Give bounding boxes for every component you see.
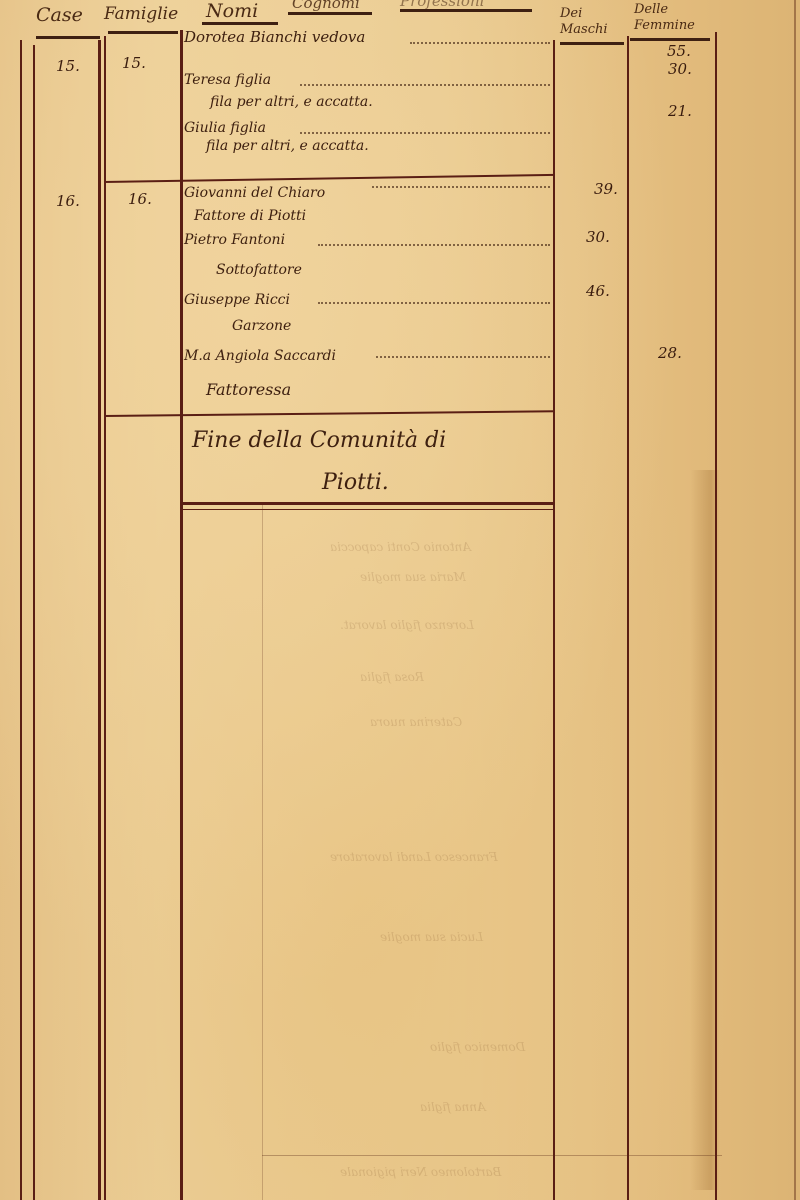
bleed-through-text: Rosa figlia (360, 670, 424, 684)
casa-number: 15. (56, 57, 80, 75)
femmine-age: 28. (658, 344, 682, 362)
maschi-age: 30. (586, 228, 610, 246)
member-name: Giuseppe Ricci (184, 292, 290, 308)
header-famiglie: Famiglie (104, 4, 178, 24)
bleed-through-text: Lucia sua moglie (380, 930, 483, 944)
member-occupation: fila per altri, e accatta. (210, 94, 373, 110)
closing-note-line2: Piotti. (322, 470, 389, 495)
column-rule (104, 36, 106, 1200)
column-rule (180, 30, 183, 1200)
header-underline (288, 12, 372, 15)
column-rule (627, 36, 629, 1200)
member-name: Giulia figlia (184, 120, 266, 136)
header-underline (400, 9, 532, 12)
header-underline (560, 42, 624, 45)
closing-note-line1: Fine della Comunità di (192, 428, 446, 453)
casa-number: 16. (56, 192, 80, 210)
member-name: Teresa figlia (184, 72, 271, 88)
column-rule (20, 40, 22, 1200)
bleed-through-text: Bartolomeo Neri pigionale (340, 1165, 501, 1179)
maschi-age: 39. (594, 180, 618, 198)
leader-dots (318, 244, 550, 246)
femmine-age: 30. (668, 60, 692, 78)
leader-dots (372, 186, 550, 188)
member-occupation: fila per altri, e accatta. (206, 138, 369, 154)
member-name: Dorotea Bianchi vedova (184, 28, 365, 46)
bleed-through-text: Caterina nuora (370, 715, 462, 729)
bleed-through-text: Lorenzo figlio lavorat. (340, 618, 474, 632)
famiglia-number: 15. (122, 54, 146, 72)
bleed-through-text: Domenico figlio (430, 1040, 525, 1054)
femmine-age: 55. (667, 42, 691, 60)
header-underline (108, 31, 178, 34)
member-occupation: Garzone (232, 318, 291, 334)
header-cognomi: Cognomi (292, 0, 360, 12)
page-edge-rule (794, 0, 796, 1200)
header-underline (630, 38, 710, 41)
bleed-through-text: Francesco Landi lavoratore (330, 850, 498, 864)
member-name: Pietro Fantoni (184, 232, 285, 248)
leader-dots (318, 302, 550, 304)
leader-dots (376, 356, 550, 358)
member-name: M.a Angiola Saccardi (184, 348, 336, 364)
header-case: Case (36, 4, 83, 26)
bleed-through-text: Maria sua moglie (360, 570, 466, 584)
column-rule (33, 45, 35, 1200)
member-occupation: Sottofattore (216, 262, 302, 278)
leader-dots (410, 42, 550, 44)
faint-rule (262, 1155, 722, 1156)
column-rule (98, 40, 101, 1200)
bleed-through-text: Antonio Conti capoccia (330, 540, 471, 554)
member-occupation: Fattoressa (206, 380, 291, 399)
header-underline (202, 22, 278, 25)
femmine-age: 21. (668, 102, 692, 120)
section-end-rule (182, 502, 554, 505)
leader-dots (300, 132, 550, 134)
famiglia-number: 16. (128, 190, 152, 208)
member-name: Giovanni del Chiaro (184, 185, 325, 201)
bleed-through-text: Anna figlia (420, 1100, 486, 1114)
header-femmine: Delle Femmine (634, 2, 714, 34)
header-maschi: Dei Maschi (560, 6, 620, 38)
leader-dots (300, 84, 550, 86)
header-underline (36, 36, 100, 39)
section-end-rule (182, 509, 554, 510)
column-rule (553, 40, 555, 1200)
margin-rule (262, 505, 263, 1200)
member-occupation: Fattore di Piotti (194, 208, 306, 224)
maschi-age: 46. (586, 282, 610, 300)
column-rule (715, 32, 717, 1200)
header-nomi: Nomi (206, 0, 258, 22)
